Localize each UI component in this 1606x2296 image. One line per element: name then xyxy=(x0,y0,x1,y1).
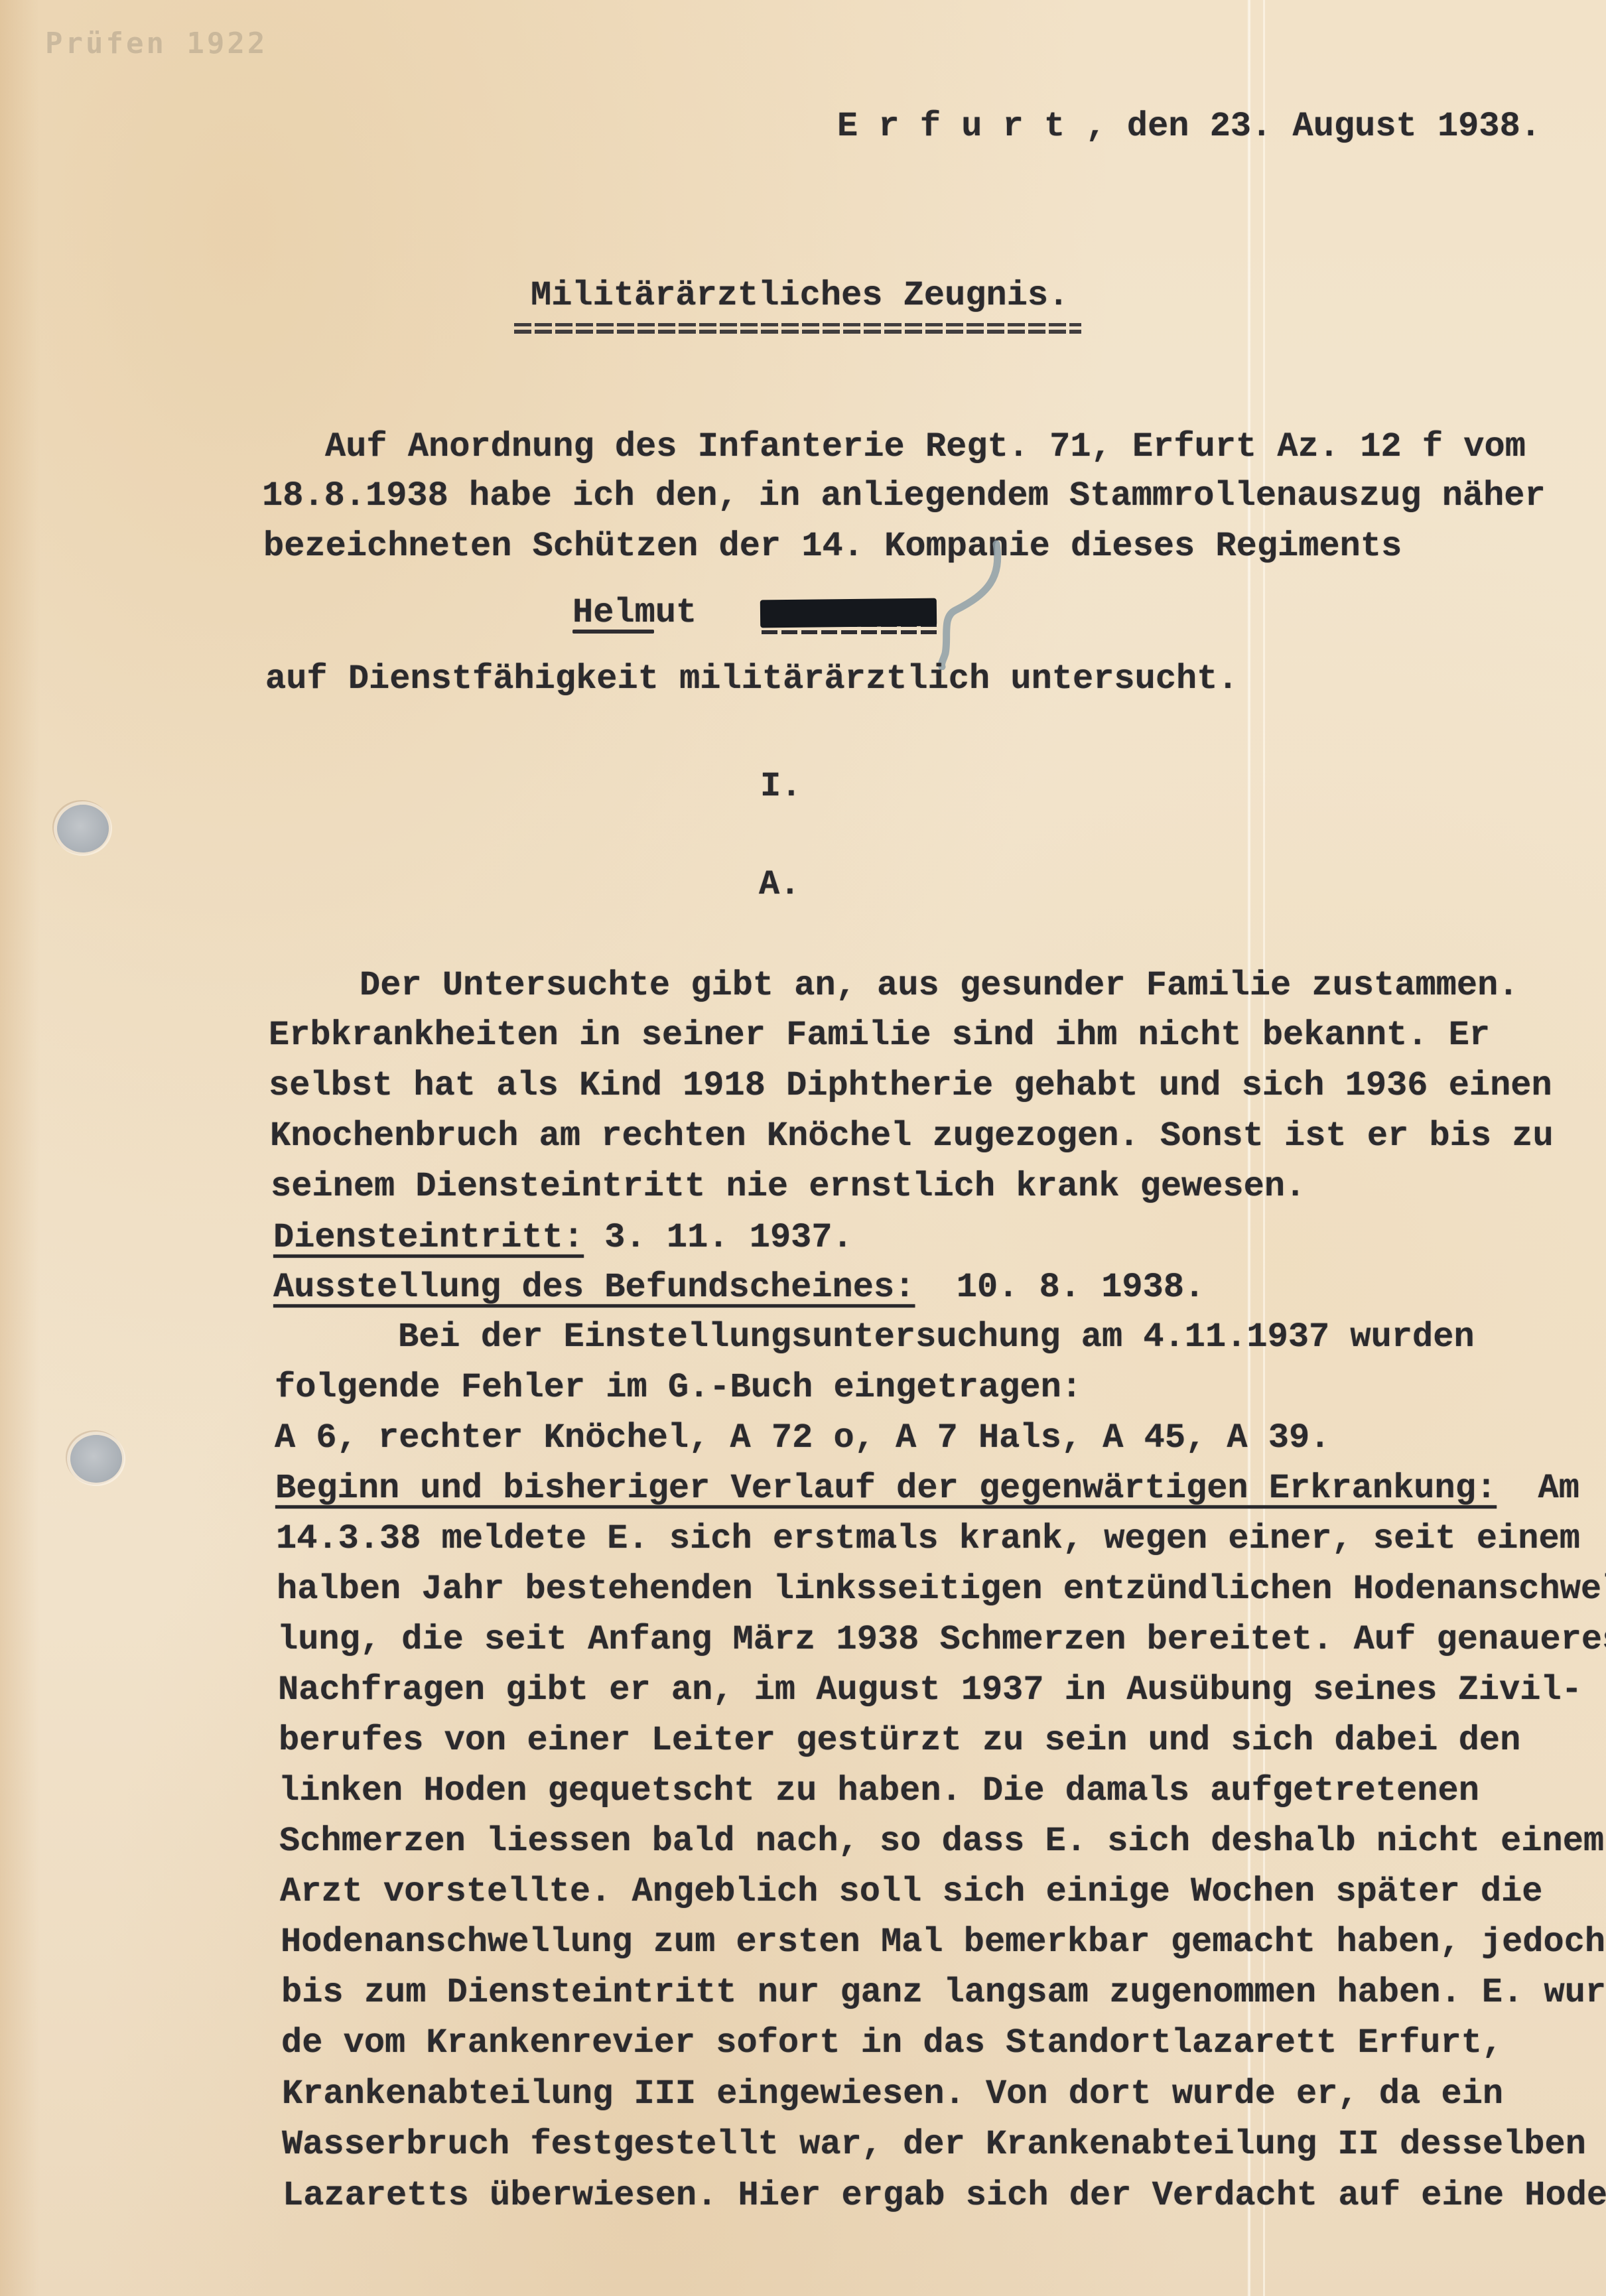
intro-line-1: Auf Anordnung des Infanterie Regt. 71, E… xyxy=(325,430,1526,464)
first-name: Helmut xyxy=(572,596,697,630)
section-letter: A. xyxy=(759,868,800,902)
document-page: Prüfen 1922 E r f u r t , den 23. August… xyxy=(0,0,1606,2296)
illness-line-10: bis zum Diensteintritt nur ganz langsam … xyxy=(281,1976,1606,2010)
history-line-5: seinem Diensteintritt nie ernstlich kran… xyxy=(271,1170,1305,1204)
paper-edge-shading xyxy=(0,0,40,2296)
illness-line-1: 14.3.38 meldete E. sich erstmals krank, … xyxy=(276,1522,1580,1556)
intro-closing: auf Dienstfähigkeit militärärztlich unte… xyxy=(265,662,1238,697)
recruitment-line-2: folgende Fehler im G.-Buch eingetragen: xyxy=(275,1371,1082,1405)
history-line-1: Der Untersuchte gibt an, aus gesunder Fa… xyxy=(360,969,1518,1003)
findings-issue-label: Ausstellung des Befundscheines: xyxy=(273,1268,915,1307)
illness-line-9: Hodenanschwellung zum ersten Mal bemerkb… xyxy=(281,1925,1605,1960)
illness-line-12: Krankenabteilung III eingewiesen. Von do… xyxy=(282,2077,1503,2112)
punch-hole-icon xyxy=(70,1435,122,1483)
illness-heading-tail: Am xyxy=(1538,1469,1579,1508)
intro-line-3: bezeichneten Schützen der 14. Kompanie d… xyxy=(263,529,1402,564)
illness-heading-row: Beginn und bisheriger Verlauf der gegenw… xyxy=(275,1471,1579,1506)
history-line-2: Erbkrankheiten in seiner Familie sind ih… xyxy=(269,1018,1490,1053)
service-entry-label: Diensteintritt: xyxy=(273,1218,584,1257)
illness-line-8: Arzt vorstellte. Angeblich soll sich ein… xyxy=(280,1875,1543,1909)
illness-line-5: berufes von einer Leiter gestürzt zu sei… xyxy=(279,1723,1520,1758)
illness-line-13: Wasserbruch festgestellt war, der Kranke… xyxy=(282,2127,1586,2162)
illness-line-3: lung, die seit Anfang März 1938 Schmerze… xyxy=(277,1623,1606,1657)
illness-heading-label: Beginn und bisheriger Verlauf der gegenw… xyxy=(275,1469,1497,1508)
illness-line-7: Schmerzen liessen bald nach, so dass E. … xyxy=(279,1824,1604,1859)
illness-line-4: Nachfragen gibt er an, im August 1937 in… xyxy=(278,1673,1582,1708)
section-roman-numeral: I. xyxy=(760,770,801,804)
date-line: E r f u r t , den 23. August 1938. xyxy=(837,109,1541,144)
recruitment-line-3: A 6, rechter Knöchel, A 72 o, A 7 Hals, … xyxy=(275,1421,1330,1455)
intro-line-2: 18.8.1938 habe ich den, in anliegendem S… xyxy=(262,479,1546,513)
illness-line-6: linken Hoden gequetscht zu haben. Die da… xyxy=(279,1774,1479,1808)
history-line-3: selbst hat als Kind 1918 Diphtherie geha… xyxy=(269,1069,1552,1103)
history-line-4: Knochenbruch am rechten Knöchel zugezoge… xyxy=(270,1119,1554,1154)
illness-line-11: de vom Krankenrevier sofort in das Stand… xyxy=(281,2026,1503,2060)
punch-hole-icon xyxy=(57,805,109,852)
recruitment-line-1: Bei der Einstellungsuntersuchung am 4.11… xyxy=(398,1320,1475,1355)
findings-issue-row: Ausstellung des Befundscheines: 10. 8. 1… xyxy=(273,1270,1205,1305)
illness-line-14: Lazaretts überwiesen. Hier ergab sich de… xyxy=(283,2179,1606,2213)
first-name-underline xyxy=(572,630,654,634)
service-entry-value: 3. 11. 1937. xyxy=(604,1218,852,1257)
illness-line-2: halben Jahr bestehenden linksseitigen en… xyxy=(277,1572,1606,1607)
findings-issue-value: 10. 8. 1938. xyxy=(957,1268,1205,1307)
document-title: Militärärztliches Zeugnis. xyxy=(531,279,1069,313)
surname-redaction-bar xyxy=(760,598,937,628)
perforated-stamp: Prüfen 1922 xyxy=(45,27,267,60)
service-entry-row: Diensteintritt: 3. 11. 1937. xyxy=(273,1221,853,1255)
title-double-underline xyxy=(514,323,1081,334)
pen-stroke-mark xyxy=(915,537,1048,670)
